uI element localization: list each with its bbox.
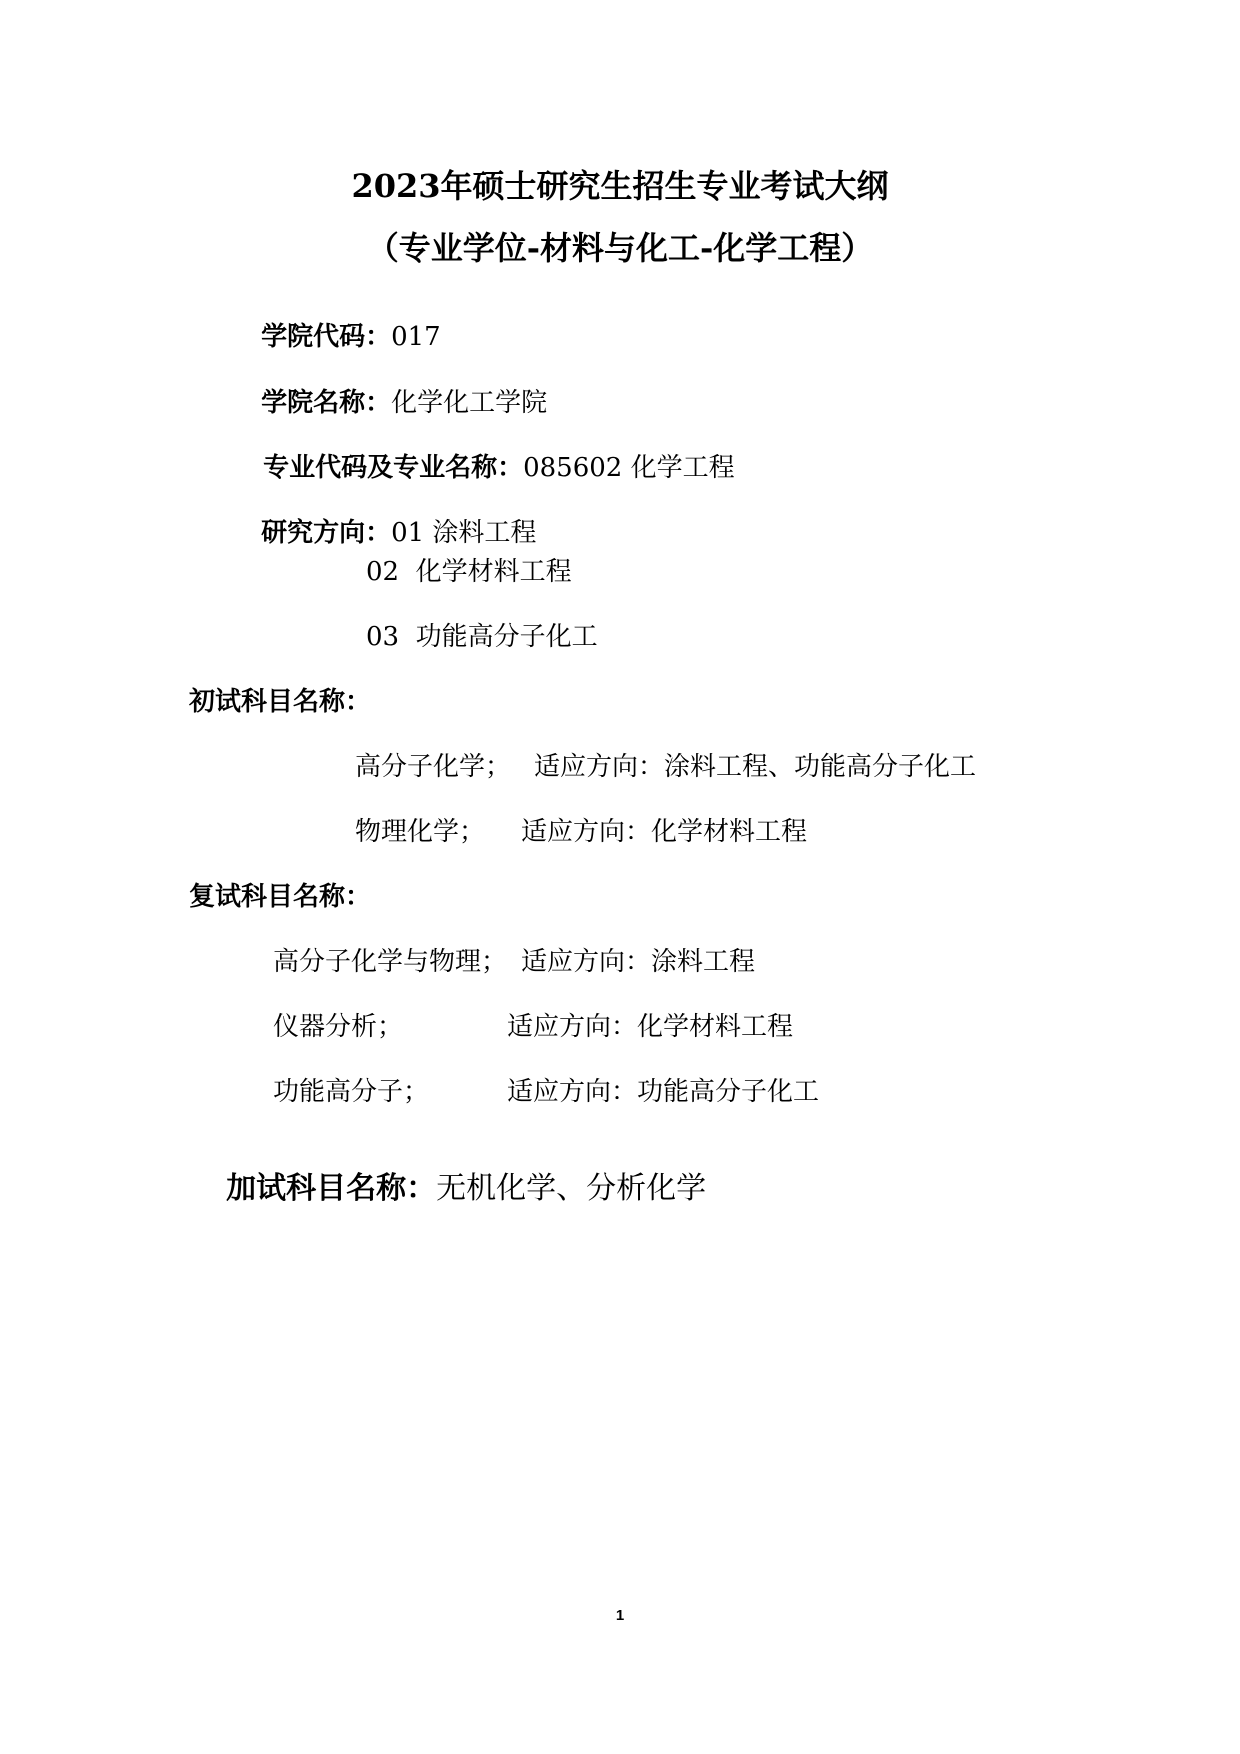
- additional-exam-value: 无机化学、分析化学: [436, 1171, 706, 1206]
- college-code-value: 017: [391, 322, 441, 352]
- retest-subject-name: 功能高分子；: [273, 1079, 429, 1105]
- preliminary-exam-heading: 初试科目名称：: [189, 689, 371, 715]
- major-label: 专业代码及专业名称：: [263, 453, 523, 483]
- retest-subject-name: 仪器分析；: [273, 1014, 403, 1040]
- page-subtitle: （专业学位-材料与化工-化学工程）: [0, 232, 1240, 264]
- additional-exam-row: 加试科目名称：无机化学、分析化学: [188, 1144, 706, 1234]
- college-name-value: 化学化工学院: [391, 388, 547, 418]
- page-title: 2023年硕士研究生招生专业考试大纲: [0, 170, 1240, 202]
- preliminary-subject-name: 高分子化学；: [355, 754, 511, 780]
- research-direction-label: 研究方向：: [261, 518, 391, 548]
- retest-exam-heading: 复试科目名称：: [189, 884, 371, 910]
- retest-subject-direction: 适应方向：功能高分子化工: [507, 1079, 819, 1105]
- college-name-label: 学院名称：: [261, 388, 391, 418]
- page-number: 1: [0, 1608, 1240, 1623]
- college-code-label: 学院代码：: [261, 322, 391, 352]
- retest-subject-name: 高分子化学与物理；: [273, 949, 507, 975]
- major-value: 085602 化学工程: [523, 453, 735, 483]
- research-direction-item: 02 化学材料工程: [366, 559, 572, 585]
- additional-exam-label: 加试科目名称：: [226, 1171, 436, 1206]
- research-direction-item: 03 功能高分子化工: [366, 624, 598, 650]
- preliminary-subject-direction: 适应方向：化学材料工程: [521, 819, 807, 845]
- preliminary-subject-name: 物理化学；: [355, 819, 485, 845]
- preliminary-subject-direction: 适应方向：涂料工程、功能高分子化工: [534, 754, 976, 780]
- retest-subject-direction: 适应方向：化学材料工程: [507, 1014, 793, 1040]
- research-direction-item: 01 涂料工程: [391, 518, 536, 548]
- retest-subject-direction: 适应方向：涂料工程: [521, 949, 755, 975]
